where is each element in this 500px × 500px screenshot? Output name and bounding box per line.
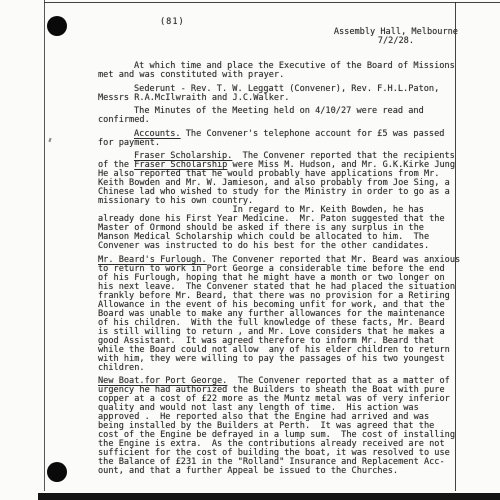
letterhead: Assembly Hall, Melbourne 7/2/28.: [334, 28, 458, 46]
page-top-edge-line: [44, 2, 500, 3]
scanned-document-page: (81) Assembly Hall, Melbourne 7/2/28. At…: [0, 0, 500, 500]
section-heading: Accounts.: [134, 129, 181, 139]
text-line: ount, and that a further Appeal be issue…: [98, 467, 462, 476]
meeting-date: 7/2/28.: [334, 37, 458, 46]
paragraph-lines: met and was constituted with prayer.: [98, 71, 462, 80]
text-line: confirmed.: [98, 116, 462, 125]
document-body: At which time and place the Executive of…: [98, 62, 462, 481]
heading-line-rest: The Convener reported that Mr. Beard was…: [207, 255, 461, 265]
scan-speck: [48, 138, 51, 142]
paragraph-lines: urgency he had authorized the Builders t…: [98, 386, 462, 476]
paragraph-lines: for payment.: [98, 139, 462, 148]
page-left-edge-line: [44, 0, 45, 491]
paragraph-opening: At which time and place the Executive of…: [98, 62, 462, 80]
text-line: Convener was instructed to do his best f…: [98, 242, 462, 251]
paragraph-accounts: Accounts. The Convener's telephone accou…: [98, 130, 462, 148]
section-heading: Mr. Beard's Furlough.: [98, 255, 207, 265]
text-line: for payment.: [98, 139, 462, 148]
paragraph-beards-furlough: Mr. Beard's Furlough. The Convener repor…: [98, 256, 462, 373]
paragraph-minutes: The Minutes of the Meeting held on 4/10/…: [98, 107, 462, 125]
paragraph-fraser-scholarship: Fraser Scholarship. The Convener reporte…: [98, 152, 462, 251]
text-line: met and was constituted with prayer.: [98, 71, 462, 80]
text-line: The Minutes of the Meeting held on 4/10/…: [98, 107, 462, 116]
text-line: children.: [98, 364, 462, 373]
page-number: (81): [160, 18, 185, 27]
punch-hole-bottom: [47, 462, 67, 482]
heading-line-rest: The Convener's telephone account for £5 …: [181, 129, 445, 139]
paragraph-new-boat: New Boat.for Port George. The Convener r…: [98, 377, 462, 476]
text-line: Messrs R.A.McIlwraith and J.C.Walker.: [98, 94, 462, 103]
paragraph-sederunt: Sederunt - Rev. T. W. Leggatt (Convener)…: [98, 85, 462, 103]
paragraph-lines: Messrs R.A.McIlwraith and J.C.Walker.: [98, 94, 462, 103]
paragraph-lines: He also reported that he would probably …: [98, 170, 462, 251]
punch-hole-top: [47, 16, 67, 36]
text-line: with him, they were willing to pay the p…: [98, 355, 462, 364]
paragraph-lines: confirmed.: [98, 116, 462, 125]
scan-bottom-band: [38, 493, 500, 500]
paragraph-lines: to return to work in Port George a consi…: [98, 265, 462, 373]
